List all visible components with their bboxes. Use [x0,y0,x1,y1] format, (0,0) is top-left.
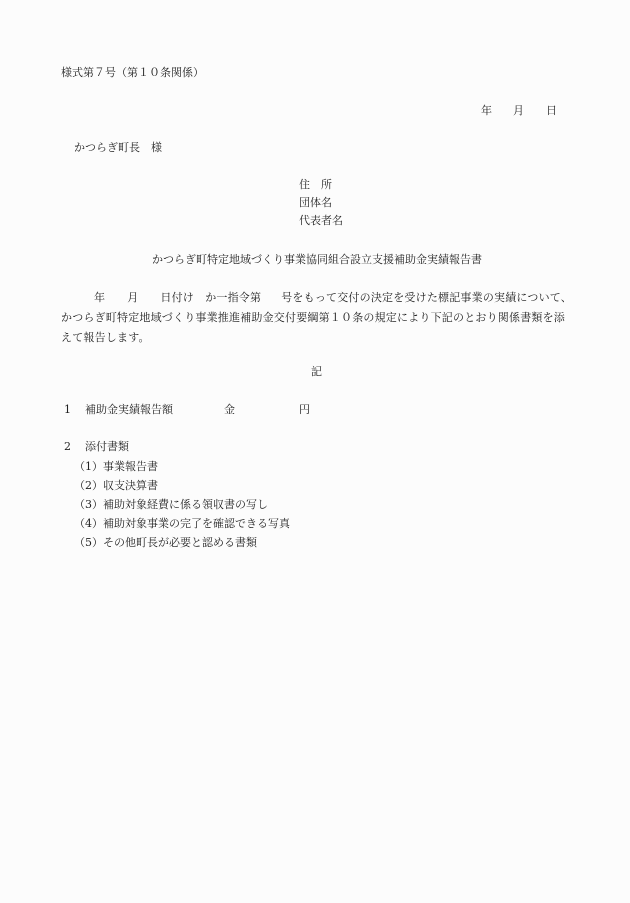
address-label: 住 所 [299,178,332,192]
item-1-number: 1 [64,403,71,417]
item-1-label: 補助金実績報告額 [85,403,173,417]
date-year-label: 年 [481,104,492,118]
amount-suffix: 円 [299,403,310,417]
body-year-label: 年 [94,291,105,304]
addressee: かつらぎ町長 様 [74,141,162,155]
date-day-label: 日 [546,104,557,118]
body-paragraph: 年月日付け か一指令第号をもって交付の決定を受けた標記事業の実績について、かつら… [61,288,572,348]
attachment-item: （1）事業報告書 [74,460,158,474]
form-number: 様式第７号（第１０条関係） [61,66,204,80]
ki-heading: 記 [311,365,322,379]
date-month-label: 月 [513,104,524,118]
item-2-number: 2 [64,440,71,454]
representative-label: 代表者名 [299,214,343,228]
document-title: かつらぎ町特定地域づくり事業協同組合設立支援補助金実績報告書 [152,253,482,267]
attachment-item: （5）その他町長が必要と認める書類 [74,536,257,550]
body-date-suffix: 日付け か一指令第 [160,291,261,304]
attachment-item: （3）補助対象経費に係る領収書の写し [74,498,268,512]
body-month-label: 月 [127,291,138,304]
organization-label: 団体名 [299,196,332,210]
attachment-item: （2）収支決算書 [74,479,158,493]
amount-prefix: 金 [224,403,235,417]
attachment-item: （4）補助対象事業の完了を確認できる写真 [74,517,290,531]
item-2-label: 添付書類 [85,440,129,454]
